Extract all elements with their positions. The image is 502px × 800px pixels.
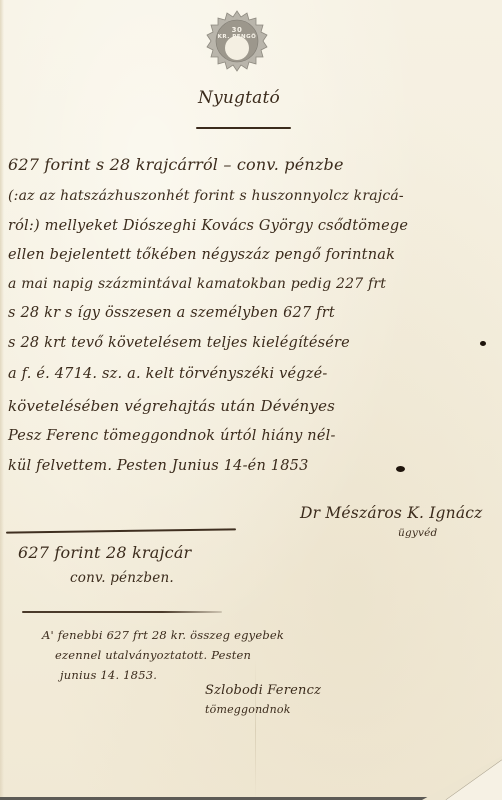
- note-line-2: ezennel utalványoztatott. Pesten: [55, 648, 251, 662]
- body-line-7: s 28 krt tevő követelésem teljes kielégí…: [8, 335, 350, 351]
- stamp-value: 30: [206, 26, 268, 34]
- document-title: Nyugtató: [198, 88, 280, 108]
- summary-rule-bottom: [22, 611, 222, 613]
- signature-primary: Dr Mészáros K. Ignácz: [300, 504, 483, 522]
- title-underline: [196, 127, 291, 129]
- stamp-denomination: KR. PENGŐ: [206, 34, 268, 40]
- body-line-5: a mai napig százmintával kamatokban pedi…: [8, 276, 386, 292]
- body-line-3: ról:) mellyeket Diószeghi Kovács György …: [8, 218, 408, 234]
- paper-edge: [0, 0, 4, 800]
- folded-corner-icon: [422, 756, 502, 800]
- body-line-1: 627 forint s 28 krajcárról – conv. pénzb…: [8, 155, 344, 174]
- note-line-3: junius 14. 1853.: [60, 668, 157, 682]
- paper-crease: [255, 660, 256, 800]
- summary-rule-top: [6, 528, 236, 533]
- body-line-8: a f. é. 4714. sz. a. kelt törvényszéki v…: [8, 366, 328, 382]
- summary-currency: conv. pénzben.: [70, 570, 174, 586]
- revenue-stamp: 30 KR. PENGŐ: [206, 10, 268, 72]
- ink-blot: [480, 341, 486, 346]
- body-line-10: Pesz Ferenc tömeggondnok úrtól hiány nél…: [8, 428, 336, 444]
- summary-amount: 627 forint 28 krajcár: [18, 543, 191, 562]
- note-signature: Szlobodi Ferencz: [205, 683, 321, 698]
- seal-icon: [206, 10, 268, 72]
- note-signature-title: tömeggondnok: [205, 703, 291, 716]
- body-line-11: kül felvettem. Pesten Junius 14-én 1853: [8, 458, 309, 474]
- signature-title: ügyvéd: [398, 527, 437, 539]
- body-line-9: követelésében végrehajtás után Dévényes: [8, 397, 335, 415]
- body-line-4: ellen bejelentett tőkében négyszáz pengő…: [8, 247, 395, 263]
- body-line-2: (:az az hatszázhuszonhét forint s huszon…: [8, 188, 404, 204]
- ink-blot: [396, 466, 405, 472]
- note-line-1: A' fenebbi 627 frt 28 kr. összeg egyebek: [42, 628, 284, 642]
- document-page: 30 KR. PENGŐ Nyugtató 627 forint s 28 kr…: [0, 0, 502, 800]
- body-line-6: s 28 kr s így összesen a személyben 627 …: [8, 305, 335, 321]
